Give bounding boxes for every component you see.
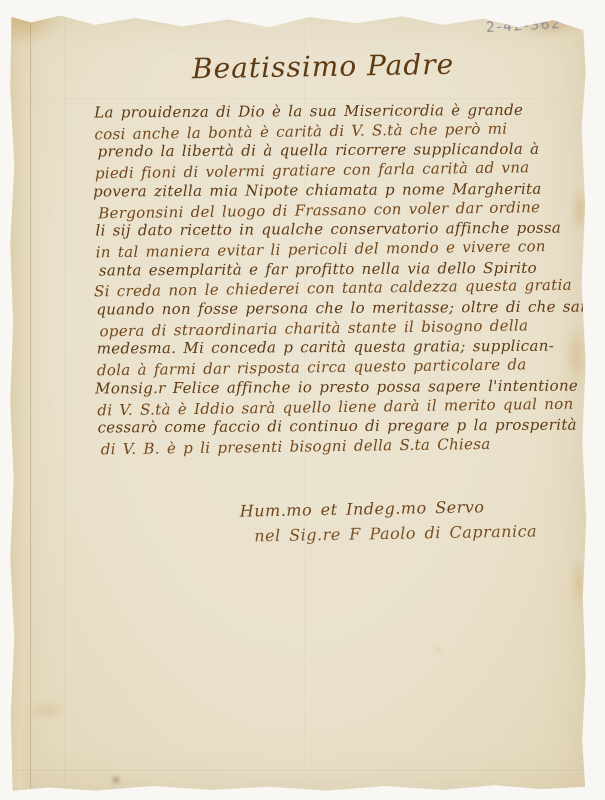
signature-line: nel Sig.re F Paolo di Capranica [254,518,537,548]
letter-heading: Beatissimo Padre [192,48,455,86]
signature-block: Hum.mo et Indeg.mo Servonel Sig.re F Pao… [240,493,538,548]
horizontal-fold-crease [8,770,588,772]
scan-background: 2-42-362 Beatissimo Padre La prouidenza … [0,0,605,800]
manuscript-paper: 2-42-362 Beatissimo Padre La prouidenza … [8,10,588,793]
archival-number: 2-42-362 [486,16,562,36]
letter-body: La prouidenza di Dio è la sua Misericord… [94,99,580,459]
folded-leaf-edge [8,10,31,793]
vertical-fold-crease [65,10,67,793]
